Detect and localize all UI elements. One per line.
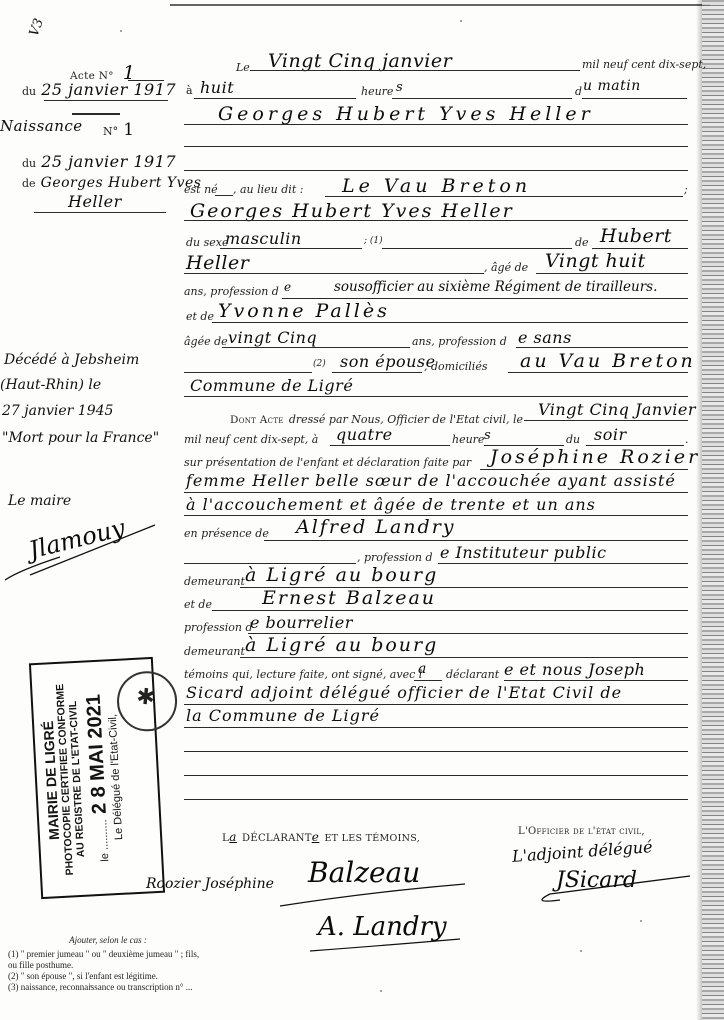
declarant-label: déclarant	[446, 668, 499, 681]
footnote-ref-1: ; (1)	[364, 236, 383, 246]
rule	[44, 100, 168, 101]
birth-date-prefix: du	[22, 157, 36, 170]
declaration-label: sur présentation de l'enfant et déclarat…	[184, 456, 471, 469]
rule	[264, 540, 688, 541]
registration-hour: huit	[200, 78, 234, 97]
year-label: mil neuf cent dix-sept,	[582, 58, 706, 71]
mother-profession: e sans	[518, 328, 572, 347]
rule	[184, 273, 484, 274]
witness1-address-label: demeurant	[184, 575, 245, 588]
sig-heading-mid: déclarant	[242, 833, 312, 844]
acte-date-prefix: du	[22, 85, 36, 98]
rule	[184, 799, 688, 800]
certification-stamp: MAIRIE DE LIGRÉ PHOTOCOPIE CERTIFIEE CON…	[29, 657, 165, 899]
birth-certificate-page: V3 Acte N° 1 du 25 janvier 1917 Naissanc…	[0, 0, 724, 1020]
rule	[325, 196, 683, 197]
witness2-profession: e bourrelier	[250, 613, 353, 632]
witnesses-signed-label: témoins qui, lecture faite, ont signé, a…	[184, 668, 422, 681]
scan-speck	[120, 30, 122, 32]
sig-heading-fill: a	[229, 830, 237, 844]
witness2-signature-flourish	[270, 880, 470, 910]
rule	[184, 372, 312, 373]
mother-profession-label: ans, profession d	[412, 335, 507, 348]
rule	[212, 322, 688, 323]
scan-speck	[90, 985, 92, 987]
category-number: 1	[123, 120, 134, 140]
officer-heading: L'Officier de l'état civil,	[518, 826, 645, 837]
footnote-ref-2: (2)	[313, 359, 326, 369]
age-label: , âgé de	[484, 261, 528, 274]
du-label: d	[575, 85, 582, 98]
declarant-name: Joséphine Rozier	[490, 446, 700, 468]
dont-acte-label: Dont Acte	[230, 414, 284, 426]
semicolon: ;	[684, 183, 688, 196]
heure-label: heure	[361, 85, 393, 98]
margin-mark: V3	[27, 17, 47, 39]
rule	[194, 98, 356, 99]
sig-heading-end: et les témoins,	[324, 833, 420, 844]
death-note-line1: Décédé à Jebsheim	[4, 352, 139, 368]
rule	[504, 680, 688, 681]
registration-date: Vingt Cinq janvier	[268, 50, 452, 72]
footnote-2: (2) " son épouse ", si l'enfant est légi…	[8, 971, 208, 982]
rule	[508, 372, 688, 373]
rule	[184, 727, 688, 728]
death-note-line3: 27 janvier 1945	[2, 403, 113, 419]
officer-name-title: Sicard adjoint délégué officier de l'Eta…	[186, 683, 622, 702]
rule	[282, 298, 688, 299]
act-heure-plural: s	[484, 428, 491, 443]
rule	[184, 492, 688, 493]
rule	[212, 610, 688, 611]
a-label: à	[186, 84, 193, 97]
father-profession-article: e	[284, 280, 292, 294]
rule	[592, 248, 688, 249]
lieu-dit-label: , au lieu dit :	[233, 183, 303, 196]
presence-label: en présence de	[184, 527, 269, 540]
rule	[250, 70, 580, 71]
page-top-edge	[170, 4, 710, 6]
et-de-label: et de	[186, 310, 214, 323]
footnotes-title: Ajouter, selon le cas :	[8, 935, 208, 946]
witness1-name: Alfred Landry	[296, 516, 456, 538]
officer-title-handwritten: L'adjoint délégué	[512, 837, 654, 866]
witness1-profession-label: , profession d	[357, 551, 433, 564]
stamp-date-prefix: le ..........	[97, 819, 111, 862]
rule	[330, 445, 450, 446]
father-given-name: Hubert	[600, 225, 672, 247]
declarant-signature: Roozier Joséphine	[146, 876, 274, 892]
rule	[184, 124, 688, 125]
declarant-details-cont: à l'accouchement et âgée de trente et un…	[186, 495, 596, 514]
rule	[240, 657, 688, 658]
rule	[536, 273, 688, 274]
rule	[392, 98, 572, 99]
witness2-name: Ernest Balzeau	[262, 587, 436, 609]
period: .	[685, 433, 689, 446]
father-surname: Heller	[186, 252, 249, 274]
act-year-label: mil neuf cent dix-sept, à	[184, 433, 318, 446]
rule	[184, 220, 688, 221]
child-sex: masculin	[225, 229, 302, 248]
of-prefix: de	[22, 177, 36, 190]
birth-date-line: du 25 janvier 1917	[22, 152, 176, 171]
act-heure-label: heure	[452, 433, 484, 446]
rule	[480, 469, 688, 470]
father-profession-label: ans, profession d	[184, 285, 279, 298]
sig-heading-fill2: e	[312, 830, 320, 844]
child-name-repeat: Georges Hubert Yves Heller	[190, 200, 514, 222]
scan-speck	[380, 990, 382, 992]
dresse-label: dressé par Nous, Officier de l'Etat civi…	[289, 413, 523, 426]
rule	[184, 704, 688, 705]
footnotes: Ajouter, selon le cas : (1) " premier ju…	[8, 935, 208, 993]
rule	[222, 347, 410, 348]
parents-relation: son épouse	[340, 352, 436, 371]
person-line: de Georges Hubert Yves	[22, 172, 202, 191]
witness2-label: et de	[184, 598, 212, 611]
le-label: Le	[236, 61, 250, 74]
rule	[34, 212, 166, 213]
witness2-address-label: demeurant	[184, 645, 245, 658]
person-given-names: Georges Hubert Yves	[41, 175, 202, 191]
acte-date-line: du 25 janvier 1917	[22, 80, 176, 99]
witness2-profession-label: profession d	[184, 621, 253, 634]
parents-commune: Commune de Ligré	[190, 376, 353, 395]
declarant-article: a	[418, 661, 427, 677]
rule	[184, 396, 688, 397]
parents-address: au Vau Breton	[520, 350, 696, 372]
witness2-address: à Ligré au bourg	[245, 634, 438, 656]
officer-commune: la Commune de Ligré	[186, 706, 380, 725]
rule	[215, 195, 233, 196]
rule	[582, 98, 687, 99]
rule	[382, 248, 572, 249]
heure-plural: s	[396, 80, 403, 95]
signatories-heading: La déclarante et les témoins,	[222, 826, 420, 845]
rule	[438, 563, 688, 564]
scan-speck	[460, 20, 462, 22]
rule	[184, 775, 688, 776]
child-full-name: Georges Hubert Yves Heller	[218, 103, 594, 125]
person-surname: Heller	[68, 192, 122, 211]
rule	[184, 146, 688, 147]
category-number-line: N° 1	[103, 120, 135, 140]
mother-name: Yvonne Pallès	[218, 300, 390, 322]
rule	[332, 372, 422, 373]
act-date: Vingt Cinq Janvier	[538, 400, 696, 419]
officer-signature-flourish	[520, 870, 700, 910]
rule	[516, 347, 688, 348]
father-age: Vingt huit	[545, 250, 646, 272]
de-label: de	[575, 236, 589, 249]
father-profession: sousofficier au sixième Régiment de tira…	[334, 279, 657, 295]
mother-age: vingt Cinq	[228, 328, 317, 347]
est-ne-label: est né	[184, 183, 218, 196]
record-category: Naissance	[0, 117, 83, 135]
rule	[220, 248, 362, 249]
birth-date: 25 janvier 1917	[41, 152, 176, 171]
declarant-details: femme Heller belle sœur de l'accouchée a…	[186, 471, 676, 490]
domicilies-label: , domiciliés	[424, 360, 487, 373]
death-note-line2: (Haut-Rhin) le	[0, 377, 101, 393]
footnote-1: (1) " premier jumeau " ou " deuxième jum…	[8, 949, 208, 971]
footnote-3: (3) naissance, reconnaissance ou transcr…	[8, 982, 208, 993]
witness1-profession: e Instituteur public	[440, 543, 607, 562]
birth-place: Le Vau Breton	[342, 175, 531, 197]
rule	[414, 680, 442, 681]
witness1-signature-flourish	[300, 935, 470, 965]
act-time-of-day: soir	[594, 425, 627, 444]
officer-intro: e et nous Joseph	[504, 660, 645, 679]
rule	[524, 420, 688, 421]
act-hour: quatre	[336, 425, 393, 444]
scan-speck	[580, 950, 582, 952]
mayor-signature-flourish	[0, 505, 170, 585]
body-line-date: Le	[236, 56, 250, 75]
rule	[184, 170, 688, 171]
acte-date: 25 janvier 1917	[41, 80, 176, 99]
rule	[184, 751, 688, 752]
death-note-line4: "Mort pour la France"	[2, 430, 159, 446]
category-no-label: N°	[103, 125, 118, 138]
witness1-address: à Ligré au bourg	[245, 564, 438, 586]
time-of-day: u matin	[583, 78, 641, 94]
rule	[72, 113, 120, 115]
scan-speck	[640, 920, 642, 922]
register-binding-edge	[702, 0, 724, 1020]
act-du-label: du	[566, 433, 580, 446]
